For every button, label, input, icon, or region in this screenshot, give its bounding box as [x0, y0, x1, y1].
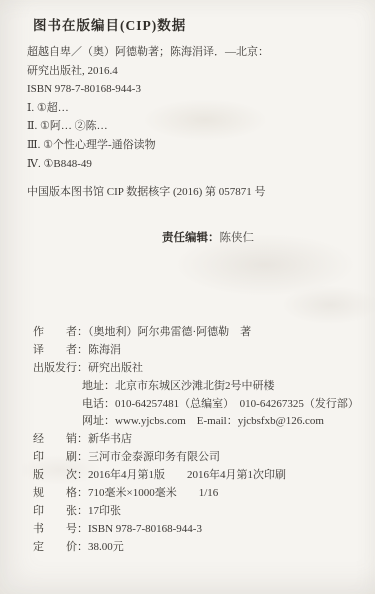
- cip-line-publisher: 研究出版社, 2016.4: [27, 62, 269, 81]
- colophon-row-edition: 版 次：2016年4月第1版 2016年4月第1次印刷: [33, 467, 359, 485]
- responsible-editor-line: 责任编辑：陈侠仁: [162, 231, 254, 245]
- colophon-row-value: ISBN 978-7-80168-944-3: [88, 523, 202, 535]
- colophon-row-value: 新华书店: [88, 433, 132, 445]
- cip-class-3: Ⅲ. ①个性心理学-通俗读物: [27, 136, 269, 155]
- colophon-row-value: 010-64257481（总编室） 010-64267325（发行部）: [115, 398, 359, 410]
- colophon-row-distributor: 经 销：新华书店: [33, 431, 359, 449]
- colophon-row-value: 710毫米×1000毫米 1/16: [88, 487, 218, 499]
- cip-heading: 图书在版编目(CIP)数据: [33, 17, 269, 34]
- colophon-row-label: 电话：: [82, 398, 115, 410]
- colophon-row-address: 地址：北京市东城区沙滩北街2号中研楼: [33, 378, 359, 396]
- colophon-row-label: 作 者：: [33, 326, 88, 338]
- responsible-editor-name: 陈侠仁: [220, 232, 255, 244]
- colophon-row-label: 经 销：: [33, 433, 88, 445]
- colophon-row-label: 译 者：: [33, 344, 88, 356]
- colophon-row-value: 三河市金泰源印务有限公司: [88, 451, 220, 463]
- colophon-row-publisher: 出版发行：研究出版社: [33, 360, 359, 378]
- colophon-row-label: 地址：: [82, 380, 115, 392]
- colophon-row-label: 印 刷：: [33, 451, 88, 463]
- colophon-row-phone: 电话：010-64257481（总编室） 010-64267325（发行部）: [33, 396, 359, 414]
- cip-record-number: 中国版本图书馆 CIP 数据核字 (2016) 第 057871 号: [27, 183, 269, 199]
- colophon-row-website: 网址：www.yjcbs.com E-mail：yjcbsfxb@126.com: [33, 413, 359, 431]
- colophon-row-value: 北京市东城区沙滩北街2号中研楼: [115, 380, 275, 392]
- colophon-row-value: 38.00元: [88, 541, 124, 553]
- colophon-row-value: 17印张: [88, 505, 121, 517]
- copyright-page: 图书在版编目(CIP)数据 超越自卑／（奥）阿德勒著；陈海涓译．—北京： 研究出…: [0, 0, 375, 594]
- colophon-row-format: 规 格：710毫米×1000毫米 1/16: [33, 485, 359, 503]
- colophon-row-label: 版 次：: [33, 469, 88, 481]
- colophon-row-label: 规 格：: [33, 487, 88, 499]
- colophon-row-label: 印 张：: [33, 505, 88, 517]
- colophon-row-translator: 译 者：陈海涓: [33, 342, 359, 360]
- cip-class-4: Ⅳ. ①B848-49: [27, 155, 269, 174]
- cip-data-section: 图书在版编目(CIP)数据 超越自卑／（奥）阿德勒著；陈海涓译．—北京： 研究出…: [27, 17, 269, 199]
- colophon-row-value: 研究出版社: [88, 362, 143, 374]
- colophon-row-value: （奥地利）阿尔弗雷德·阿德勒 著: [88, 326, 251, 338]
- cip-line-title: 超越自卑／（奥）阿德勒著；陈海涓译．—北京：: [27, 43, 269, 62]
- responsible-editor-label: 责任编辑：: [162, 232, 220, 244]
- colophon-row-label: 出版发行：: [33, 362, 88, 374]
- colophon-row-author: 作 者：（奥地利）阿尔弗雷德·阿德勒 著: [33, 324, 359, 342]
- colophon-row-value: www.yjcbs.com E-mail：yjcbsfxb@126.com: [115, 415, 324, 427]
- colophon-row-value: 陈海涓: [88, 344, 121, 356]
- colophon-row-label: 网址：: [82, 415, 115, 427]
- colophon-row-value: 2016年4月第1版 2016年4月第1次印刷: [88, 469, 286, 481]
- colophon-table: 作 者：（奥地利）阿尔弗雷德·阿德勒 著 译 者：陈海涓 出版发行：研究出版社 …: [33, 324, 359, 557]
- cip-line-isbn: ISBN 978-7-80168-944-3: [27, 80, 269, 99]
- colophon-row-label: 书 号：: [33, 523, 88, 535]
- colophon-row-sheets: 印 张：17印张: [33, 503, 359, 521]
- colophon-row-label: 定 价：: [33, 541, 88, 553]
- cip-class-2: Ⅱ. ①阿… ②陈…: [27, 117, 269, 136]
- colophon-row-isbn: 书 号：ISBN 978-7-80168-944-3: [33, 521, 359, 539]
- colophon-row-price: 定 价：38.00元: [33, 539, 359, 557]
- colophon-row-printer: 印 刷：三河市金泰源印务有限公司: [33, 449, 359, 467]
- cip-class-1: Ⅰ. ①超…: [27, 99, 269, 118]
